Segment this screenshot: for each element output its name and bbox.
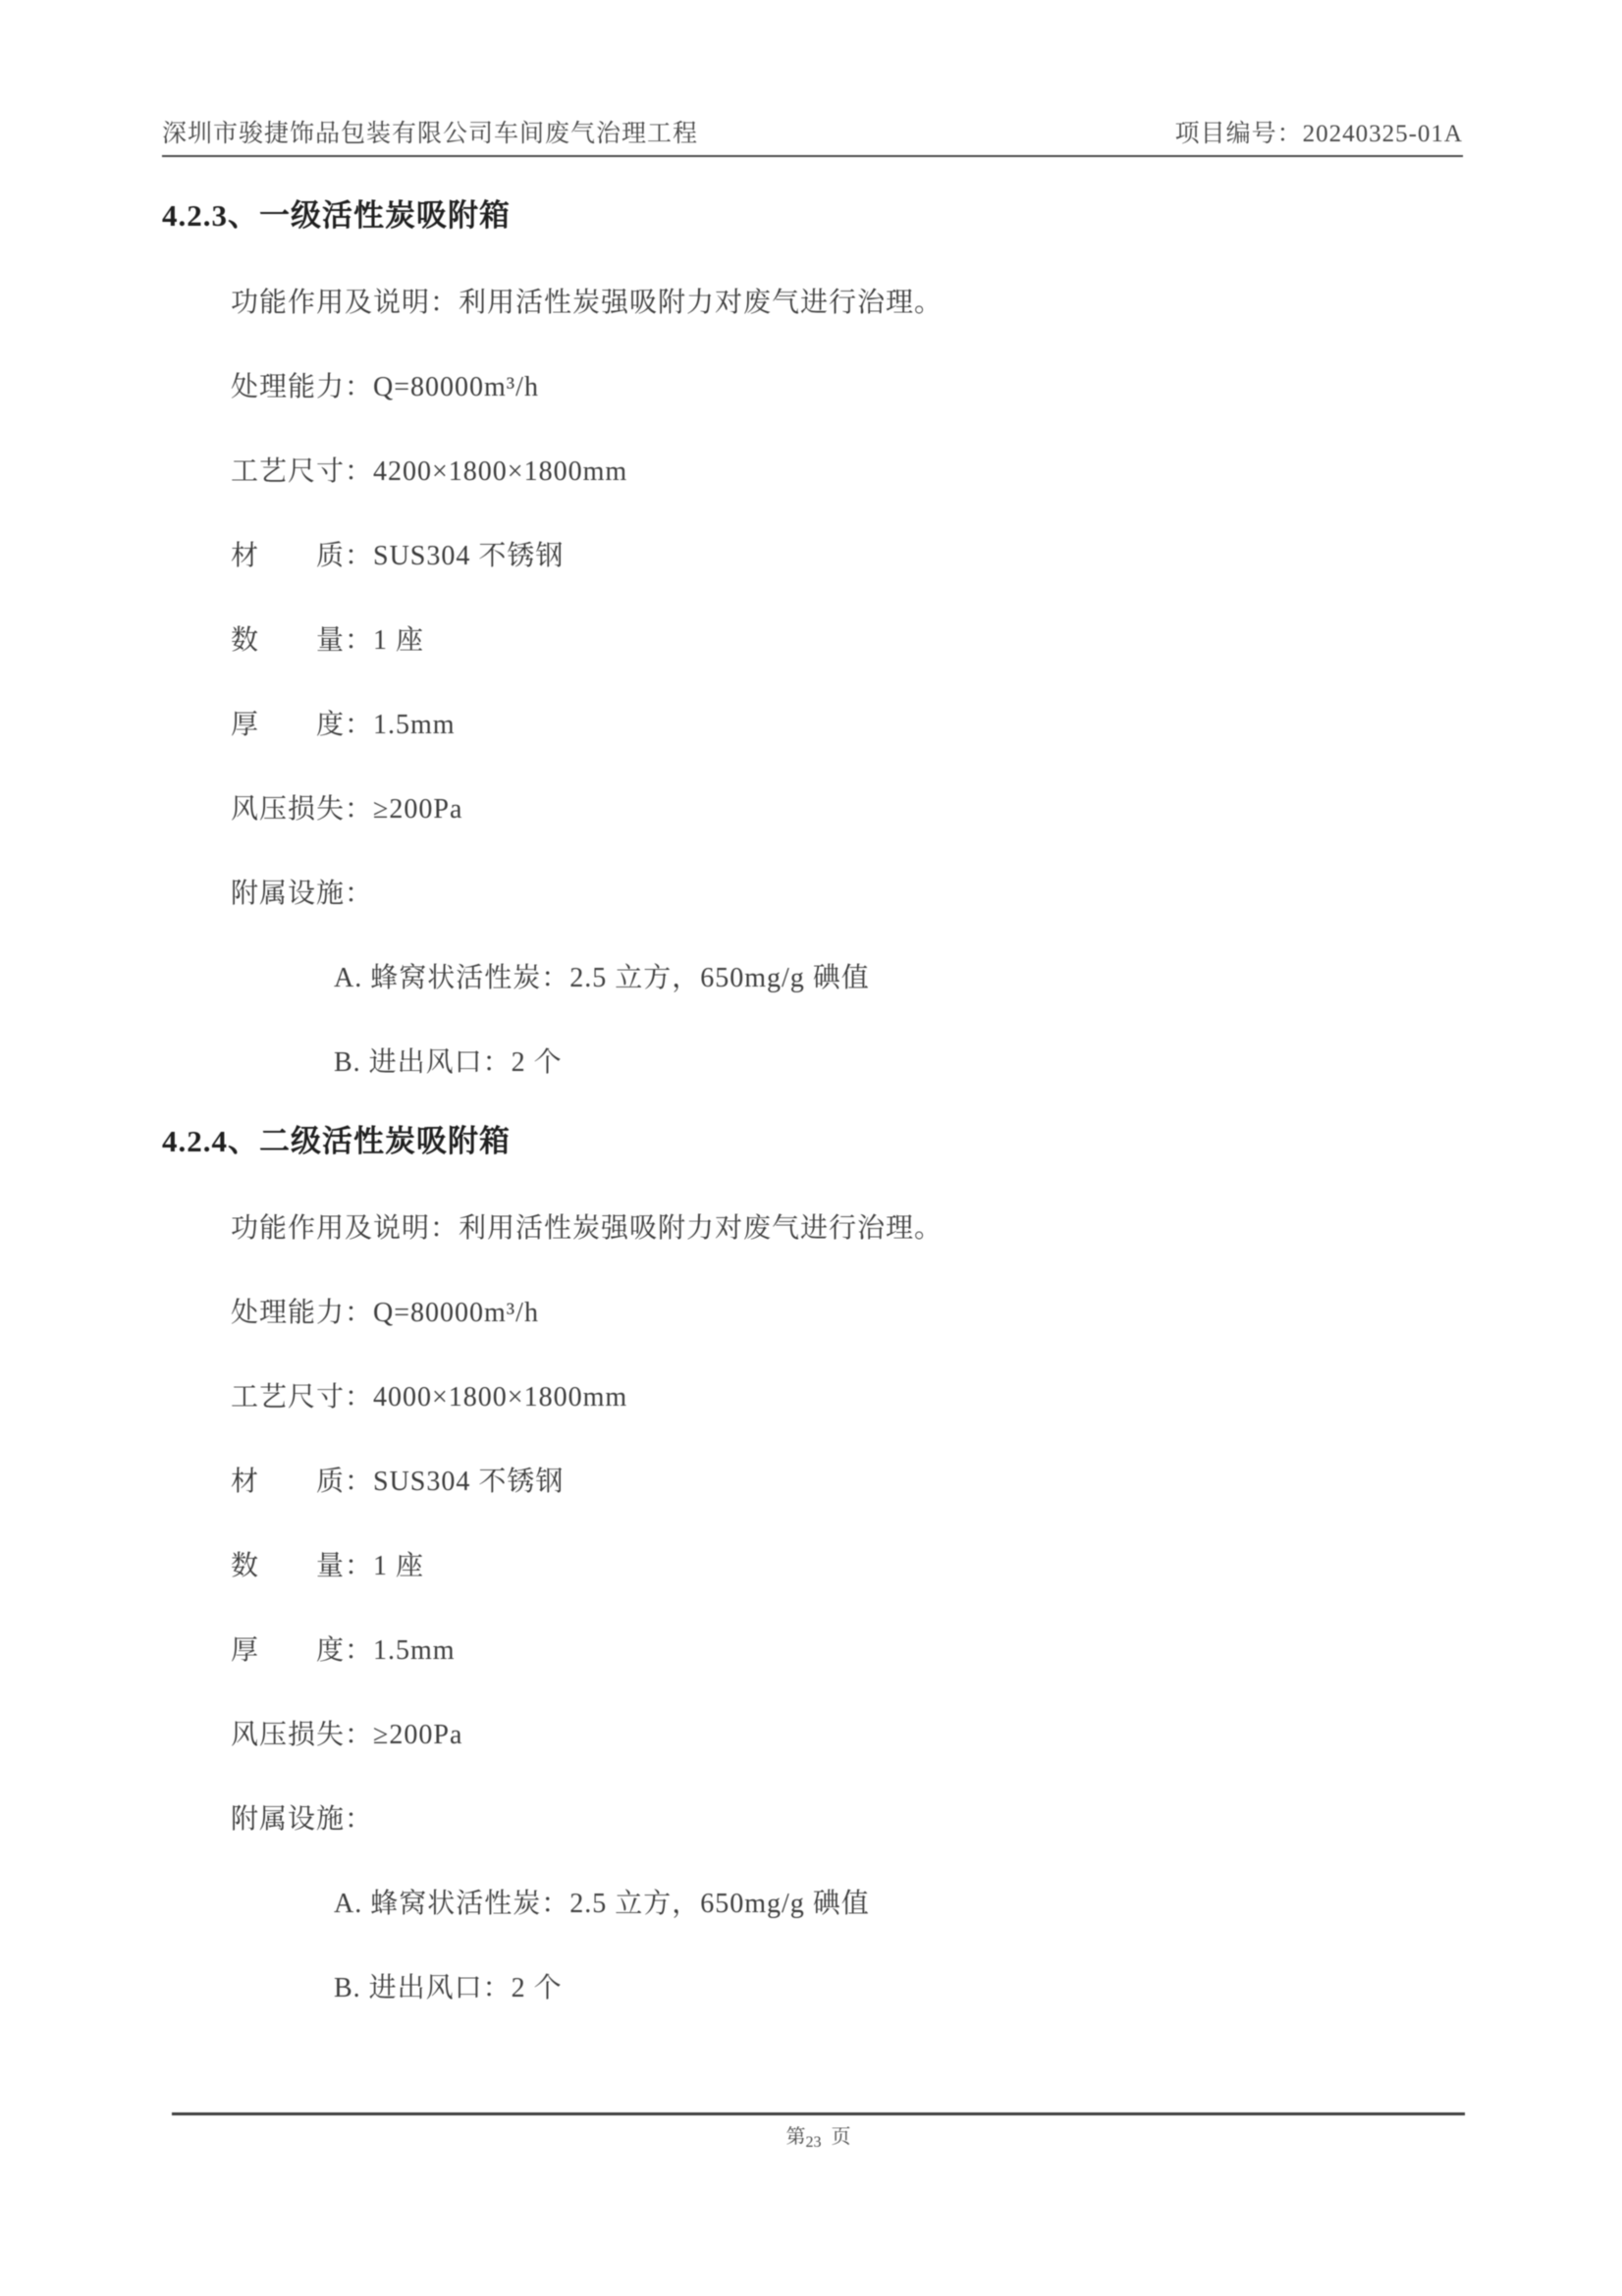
document-page: 深圳市骏捷饰品包装有限公司车间废气治理工程 项目编号：20240325-01A … bbox=[0, 0, 1622, 2296]
spec-line-thickness: 厚 度：1.5mm bbox=[162, 709, 1463, 742]
section-4-2-4: 4.2.4、二级活性炭吸附箱 功能作用及说明：利用活性炭强吸附力对废气进行治理。… bbox=[162, 1122, 1463, 2005]
accessory-item-a: A. 蜂窝状活性炭：2.5 立方，650mg/g 碘值 bbox=[162, 962, 1463, 995]
footer-page-suffix: 页 bbox=[832, 2126, 851, 2148]
header-project-number: 项目编号：20240325-01A bbox=[1175, 114, 1463, 149]
accessory-item-b: B. 进出风口：2 个 bbox=[162, 1046, 1463, 1080]
spec-line-accessories-label: 附属设施： bbox=[162, 1803, 1463, 1837]
accessory-item-a: A. 蜂窝状活性炭：2.5 立方，650mg/g 碘值 bbox=[162, 1888, 1463, 1921]
accessory-item-b: B. 进出风口：2 个 bbox=[162, 1972, 1463, 2005]
footer-page-number: 23 bbox=[806, 2134, 822, 2151]
spec-line-capacity: 处理能力：Q=80000m³/h bbox=[162, 1297, 1463, 1330]
spec-line-material: 材 质：SUS304 不锈钢 bbox=[162, 540, 1463, 573]
section-heading: 4.2.3、一级活性炭吸附箱 bbox=[162, 196, 1463, 236]
spec-line-quantity: 数 量：1 座 bbox=[162, 1550, 1463, 1583]
page-footer: 第23页 bbox=[172, 2112, 1465, 2152]
page-header: 深圳市骏捷饰品包装有限公司车间废气治理工程 项目编号：20240325-01A bbox=[162, 0, 1463, 157]
header-project-title: 深圳市骏捷饰品包装有限公司车间废气治理工程 bbox=[162, 114, 698, 149]
spec-line-pressure-loss: 风压损失：≥200Pa bbox=[162, 1719, 1463, 1752]
spec-line-capacity: 处理能力：Q=80000m³/h bbox=[162, 371, 1463, 404]
spec-line-function: 功能作用及说明：利用活性炭强吸附力对废气进行治理。 bbox=[162, 287, 1463, 320]
spec-line-function: 功能作用及说明：利用活性炭强吸附力对废气进行治理。 bbox=[162, 1212, 1463, 1246]
section-4-2-3: 4.2.3、一级活性炭吸附箱 功能作用及说明：利用活性炭强吸附力对废气进行治理。… bbox=[162, 196, 1463, 1080]
spec-line-material: 材 质：SUS304 不锈钢 bbox=[162, 1466, 1463, 1499]
spec-line-accessories-label: 附属设施： bbox=[162, 878, 1463, 911]
spec-line-pressure-loss: 风压损失：≥200Pa bbox=[162, 793, 1463, 827]
spec-line-quantity: 数 量：1 座 bbox=[162, 624, 1463, 658]
footer-page-prefix: 第 bbox=[786, 2126, 806, 2148]
page-content: 深圳市骏捷饰品包装有限公司车间废气治理工程 项目编号：20240325-01A … bbox=[0, 0, 1622, 2005]
spec-line-thickness: 厚 度：1.5mm bbox=[162, 1634, 1463, 1668]
spec-line-dimensions: 工艺尺寸：4200×1800×1800mm bbox=[162, 455, 1463, 489]
section-heading: 4.2.4、二级活性炭吸附箱 bbox=[162, 1122, 1463, 1161]
spec-line-dimensions: 工艺尺寸：4000×1800×1800mm bbox=[162, 1381, 1463, 1415]
